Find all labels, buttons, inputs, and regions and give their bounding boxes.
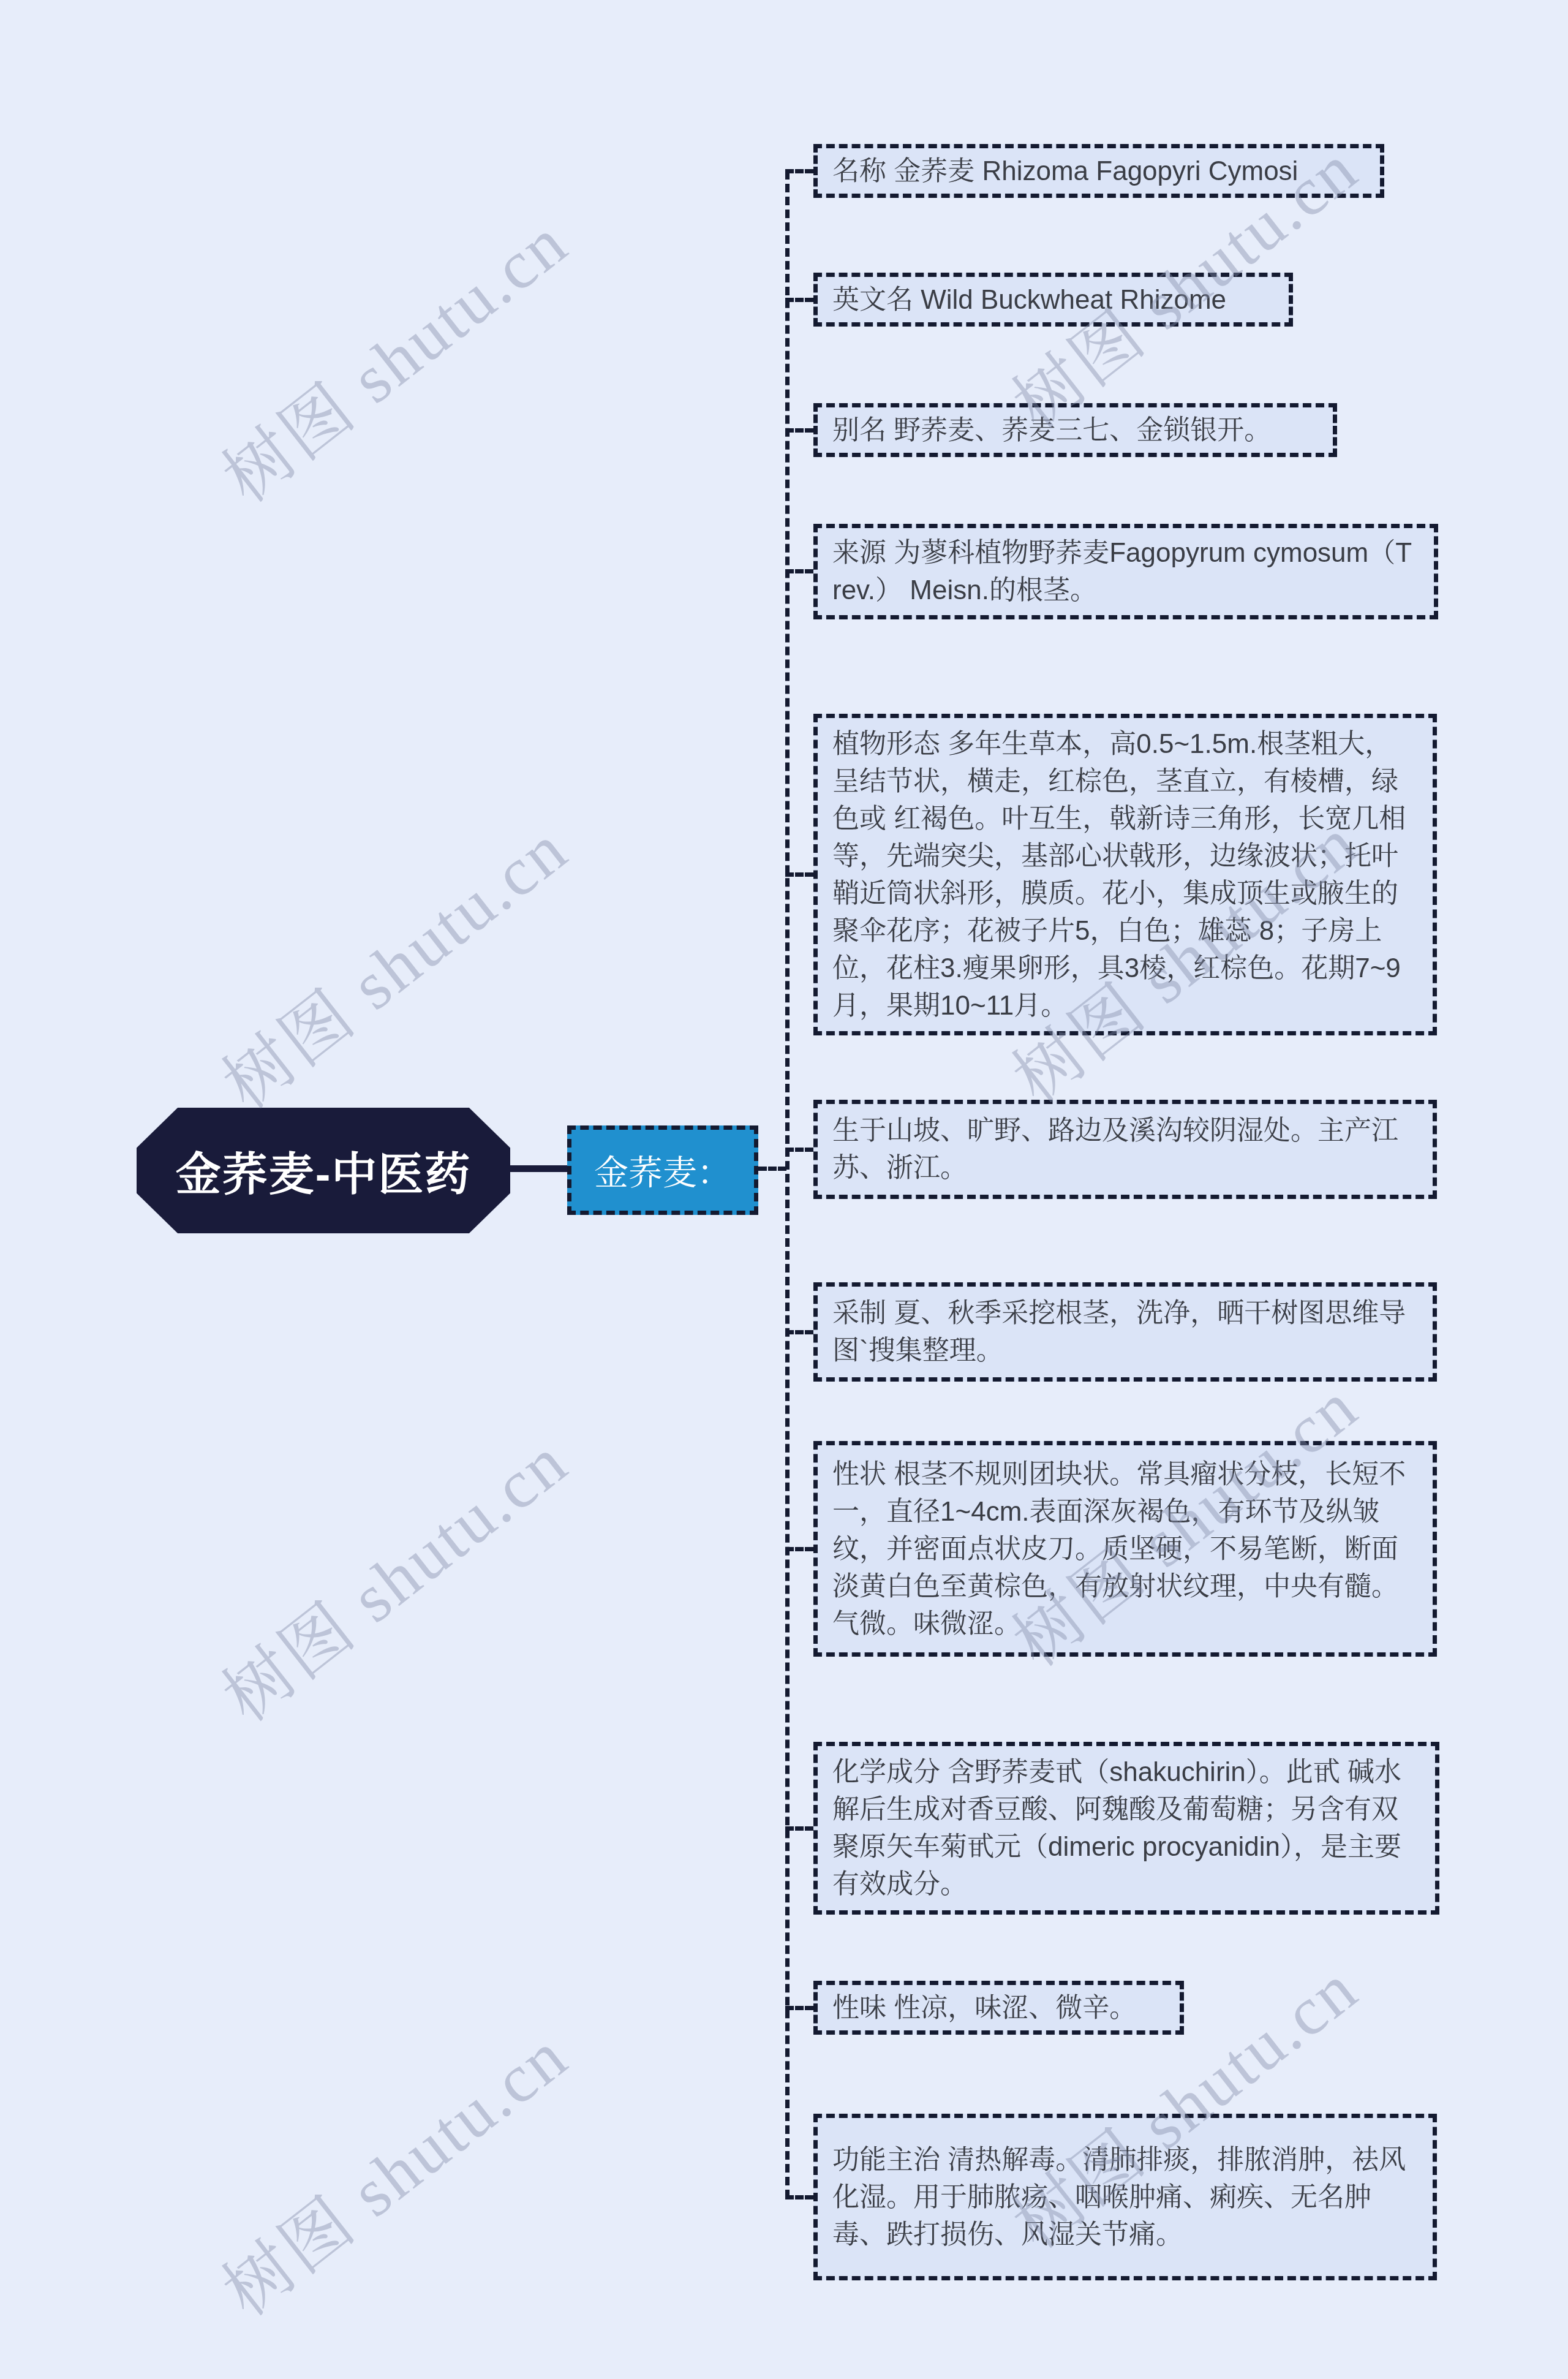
node-habitat-text: 生于山坡、旷野、路边及溪沟较阴湿处。主产江苏、浙江。 <box>832 1112 1418 1187</box>
node-chemical-composition-text: 化学成分 含野荞麦甙（shakuchirin）。此甙 碱水解后生成对香豆酸、阿魏… <box>832 1753 1420 1903</box>
root-node[interactable]: 金荞麦-中医药 <box>137 1108 510 1233</box>
node-english-name-text: 英文名 Wild Buckwheat Rhizome <box>832 281 1226 319</box>
node-english-name[interactable]: 英文名 Wild Buckwheat Rhizome <box>813 273 1293 327</box>
connector-line <box>785 2195 813 2199</box>
connector-line <box>785 2006 813 2010</box>
node-habitat[interactable]: 生于山坡、旷野、路边及溪沟较阴湿处。主产江苏、浙江。 <box>813 1100 1437 1199</box>
node-characteristics[interactable]: 性状 根茎不规则团块状。常具瘤状分枝，长短不一，直径1~4cm.表面深灰褐色，有… <box>813 1441 1437 1657</box>
watermark: 树图 shutu.cn <box>200 796 585 1128</box>
node-characteristics-text: 性状 根茎不规则团块状。常具瘤状分枝，长短不一，直径1~4cm.表面深灰褐色，有… <box>832 1456 1418 1643</box>
node-functions-text: 功能主治 清热解毒。清肺排痰，排脓消肿，祛风化湿。用于肺脓疡、咽喉肿痛、痢疾、无… <box>832 2141 1418 2253</box>
node-name-text: 名称 金荞麦 Rhizoma Fagopyri Cymosi <box>832 153 1298 190</box>
connector-line <box>785 569 813 573</box>
watermark: 树图 shutu.cn <box>200 1409 585 1741</box>
topic-trunk-connector <box>758 1167 786 1171</box>
connector-line <box>785 1547 813 1551</box>
node-name[interactable]: 名称 金荞麦 Rhizoma Fagopyri Cymosi <box>813 144 1384 198</box>
connector-line <box>785 169 813 173</box>
node-plant-morphology[interactable]: 植物形态 多年生草本，高0.5~1.5m.根茎粗大，呈结节状，横走，红棕色，茎直… <box>813 714 1437 1035</box>
root-node-label: 金荞麦-中医药 <box>176 1138 472 1203</box>
watermark: 树图 shutu.cn <box>200 2003 585 2335</box>
node-source-text: 来源 为蓼科植物野荞麦Fagopyrum cymosum（Trev.） Meis… <box>832 534 1419 609</box>
node-alias[interactable]: 别名 野荞麦、荞麦三七、金锁银开。 <box>813 403 1337 457</box>
node-harvest-text: 采制 夏、秋季采挖根茎，洗净，晒干树图思维导图`搜集整理。 <box>832 1295 1418 1369</box>
connector-line <box>785 1330 813 1334</box>
node-alias-text: 别名 野荞麦、荞麦三七、金锁银开。 <box>832 412 1271 449</box>
node-source[interactable]: 来源 为蓼科植物野荞麦Fagopyrum cymosum（Trev.） Meis… <box>813 524 1438 619</box>
watermark: 树图 shutu.cn <box>200 190 585 521</box>
node-chemical-composition[interactable]: 化学成分 含野荞麦甙（shakuchirin）。此甙 碱水解后生成对香豆酸、阿魏… <box>813 1742 1439 1915</box>
connector-line <box>785 428 813 433</box>
topic-node-label: 金荞麦： <box>594 1146 731 1195</box>
node-taste[interactable]: 性味 性凉，味涩、微辛。 <box>813 1981 1184 2035</box>
mindmap-canvas: 树图 shutu.cn 树图 shutu.cn 树图 shutu.cn 树图 s… <box>0 0 1568 2379</box>
node-plant-morphology-text: 植物形态 多年生草本，高0.5~1.5m.根茎粗大，呈结节状，横走，红棕色，茎直… <box>832 725 1418 1024</box>
topic-node[interactable]: 金荞麦： <box>567 1125 758 1215</box>
node-functions[interactable]: 功能主治 清热解毒。清肺排痰，排脓消肿，祛风化湿。用于肺脓疡、咽喉肿痛、痢疾、无… <box>813 2114 1437 2280</box>
node-harvest[interactable]: 采制 夏、秋季采挖根茎，洗净，晒干树图思维导图`搜集整理。 <box>813 1282 1437 1382</box>
node-taste-text: 性味 性凉，味涩、微辛。 <box>832 1989 1136 2027</box>
connector-line <box>785 1826 813 1831</box>
connector-line <box>785 872 813 877</box>
connector-line <box>785 298 813 302</box>
connector-line <box>785 1148 813 1152</box>
branch-trunk-line <box>785 171 790 2198</box>
root-topic-connector <box>510 1165 569 1172</box>
